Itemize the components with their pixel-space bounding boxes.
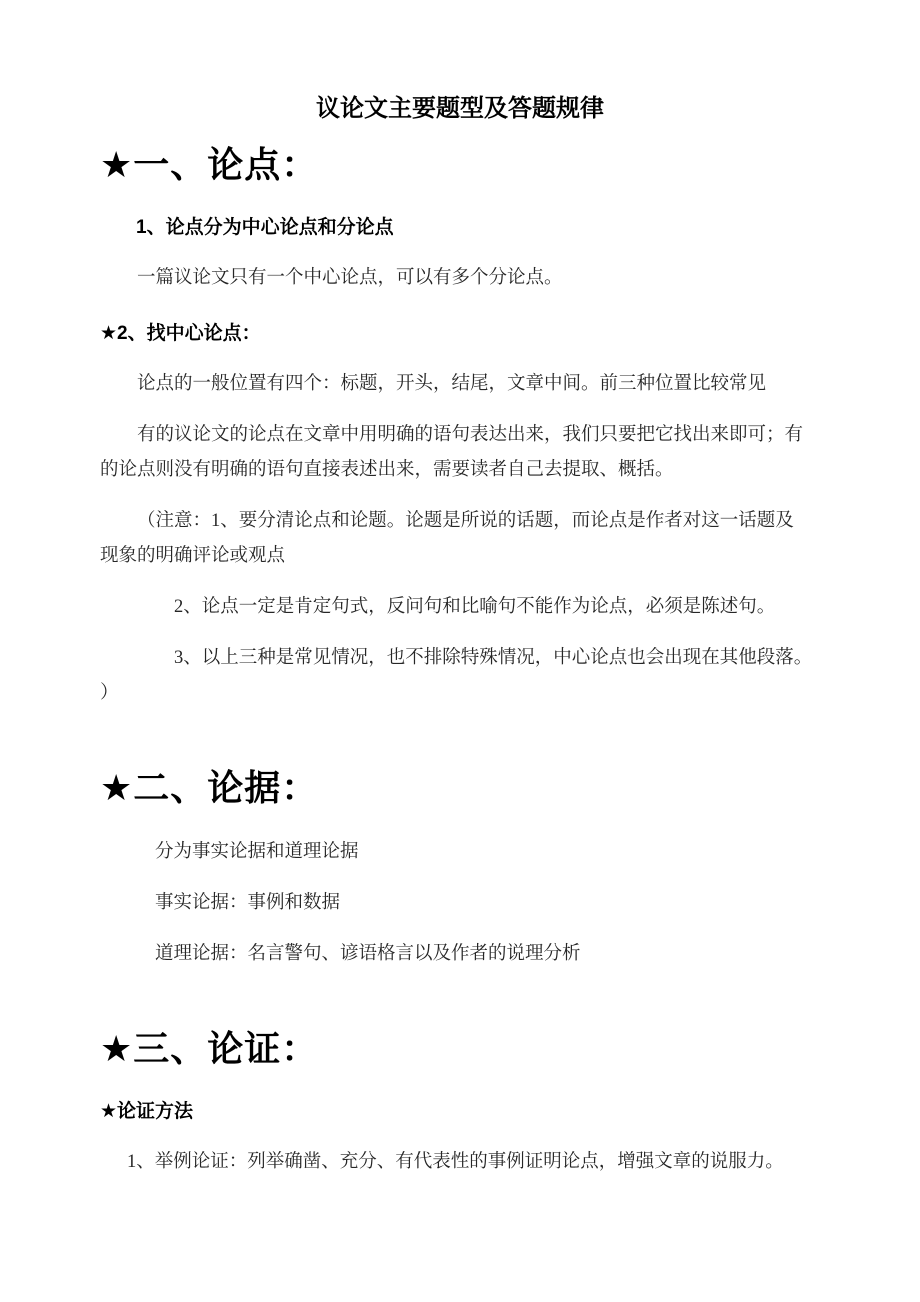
section-3-heading: ★三、论证：: [100, 1024, 820, 1074]
document-page: 议论文主要题型及答题规律 ★一、论点： 1、论点分为中心论点和分论点 一篇议论文…: [0, 0, 920, 1302]
find-center-subheading: ★2、找中心论点：: [100, 316, 820, 351]
note-2-paragraph: 2、论点一定是肯定句式，反问句和比喻句不能作为论点，必须是陈述句。: [100, 590, 820, 625]
note-3-paragraph: 3、以上三种是常见情况，也不排除特殊情况，中心论点也会出现在其他段落。 ）: [100, 641, 820, 711]
point-types-subheading: 1、论点分为中心论点和分论点: [100, 210, 820, 245]
argument-methods-subheading: ★论证方法: [100, 1094, 820, 1129]
paragraph-line: 的论点则没有明确的语句直接表述出来，需要读者自己去提取、概括。: [100, 453, 820, 488]
factual-evidence-line: 事实论据：事例和数据: [100, 886, 820, 921]
paragraph-line: 现象的明确评论或观点: [100, 539, 820, 574]
paragraph-line: （注意：1、要分清论点和论题。论题是所说的话题，而论点是作者对这一话题及: [100, 504, 820, 539]
method-1-paragraph: 1、举例论证：列举确凿、充分、有代表性的事例证明论点，增强文章的说服力。: [100, 1145, 820, 1180]
reasoned-evidence-line: 道理论据：名言警句、谚语格言以及作者的说理分析: [100, 937, 820, 972]
document-title: 议论文主要题型及答题规律: [100, 92, 820, 126]
point-types-paragraph: 一篇议论文只有一个中心论点，可以有多个分论点。: [100, 261, 820, 296]
section-1-heading: ★一、论点：: [100, 140, 820, 190]
evidence-types-line: 分为事实论据和道理论据: [100, 835, 820, 870]
paragraph-line: ）: [100, 676, 820, 711]
paragraph-line: 有的议论文的论点在文章中用明确的语句表达出来，我们只要把它找出来即可；有: [100, 418, 820, 453]
positions-paragraph: 论点的一般位置有四个：标题，开头，结尾，文章中间。前三种位置比较常见: [100, 367, 820, 402]
paragraph-line: 3、以上三种是常见情况，也不排除特殊情况，中心论点也会出现在其他段落。: [100, 641, 820, 676]
explicit-statement-paragraph: 有的议论文的论点在文章中用明确的语句表达出来，我们只要把它找出来即可；有 的论点…: [100, 418, 820, 488]
note-1-paragraph: （注意：1、要分清论点和论题。论题是所说的话题，而论点是作者对这一话题及 现象的…: [100, 504, 820, 574]
section-2-heading: ★二、论据：: [100, 763, 820, 813]
